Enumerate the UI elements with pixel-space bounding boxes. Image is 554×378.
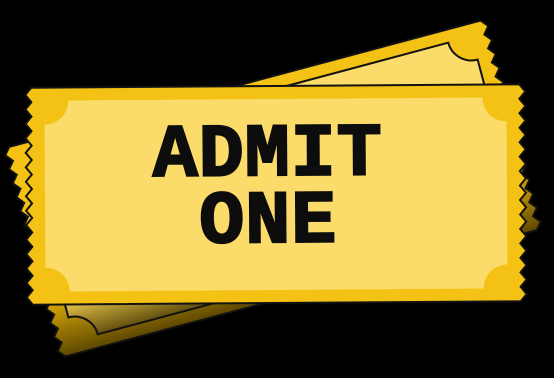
front-ticket-graphic — [25, 84, 527, 304]
front-ticket: ADMIT ONE — [25, 84, 527, 304]
ticket-clipart-stage: ADMIT ONE — [0, 0, 554, 378]
front-ticket-inner-panel — [44, 97, 507, 291]
